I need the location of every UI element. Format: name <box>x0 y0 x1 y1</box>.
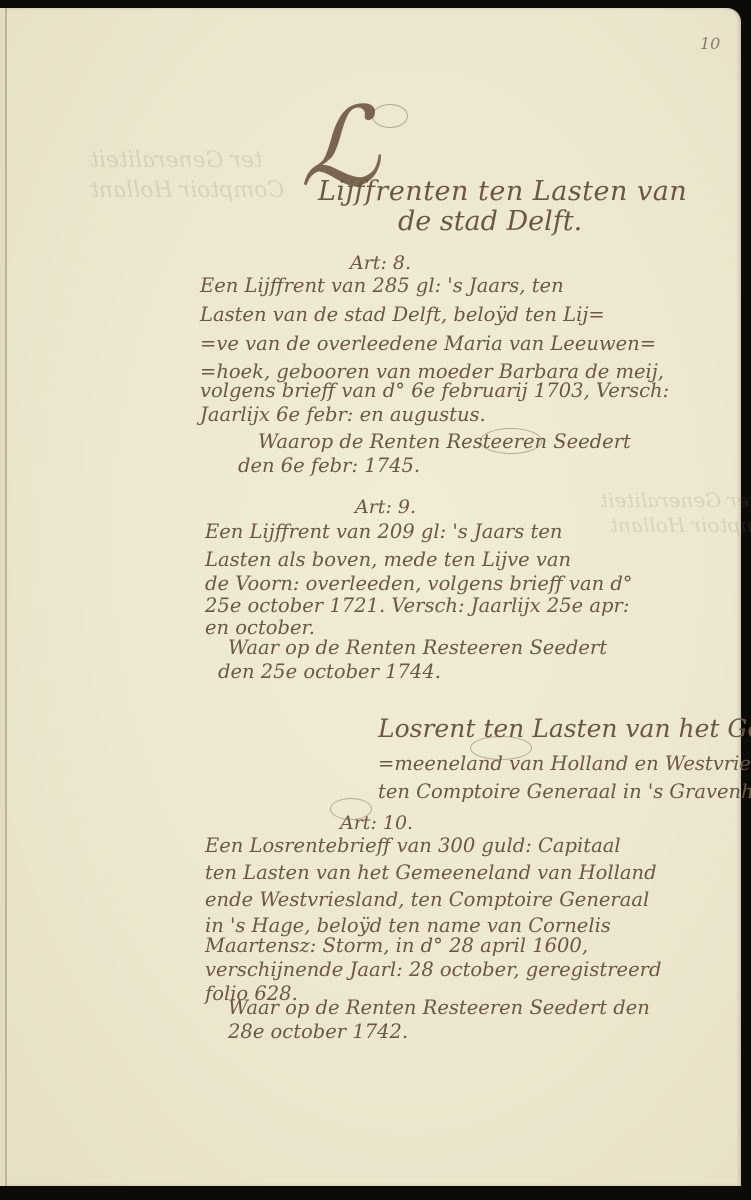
bleed-through-text: Comptoir Hollant <box>90 178 284 203</box>
arrears-note: Waarop de Renten Resteeren Seedert <box>258 430 631 453</box>
folio-number: 10 <box>700 34 720 53</box>
arrears-note: 28e october 1742. <box>228 1020 408 1043</box>
article-text-line: de Voorn: overleeden, volgens brieff van… <box>205 572 633 595</box>
article-text-line: Jaarlijx 6e febr: en augustus. <box>200 403 486 426</box>
section-heading-continued: de stad Delft. <box>398 206 582 237</box>
article-label: Art: 8. <box>350 252 411 274</box>
flourish-ornament <box>480 428 542 454</box>
article-text-line: Een Lijffrent van 285 gl: 's Jaars, ten <box>200 274 564 297</box>
article-text-line: Maartensz: Storm, in d° 28 april 1600, <box>205 934 588 957</box>
article-text-line: ende Westvriesland, ten Comptoire Genera… <box>205 888 649 911</box>
bleed-through-text: ter Generaliteit <box>90 148 263 173</box>
manuscript-page: 10 ter Generaliteit Comptoir Hollant ter… <box>0 8 741 1186</box>
flourish-ornament <box>372 104 408 128</box>
section-heading: Lijffrenten ten Lasten van <box>318 176 687 207</box>
article-text-line: Een Lijffrent van 209 gl: 's Jaars ten <box>205 520 562 543</box>
bleed-through-text: ter Generaliteit <box>600 488 751 512</box>
section-heading-continued: ten Comptoire Generaal in 's Gravenhage. <box>378 780 751 803</box>
article-text-line: Een Losrentebrieff van 300 guld: Capitaa… <box>205 834 621 857</box>
section-heading-continued: =meeneland van Holland en Westvriesland, <box>378 752 751 775</box>
article-label: Art: 9. <box>355 496 416 518</box>
section-heading: Losrent ten Lasten van het Ge= <box>378 714 751 743</box>
arrears-note: den 6e febr: 1745. <box>238 454 420 477</box>
article-text-line: ten Lasten van het Gemeeneland van Holla… <box>205 861 657 884</box>
flourish-ornament <box>470 736 532 760</box>
article-text-line: Lasten als boven, mede ten Lijve van <box>205 548 571 571</box>
bleed-through-text: Comptoir Hollant <box>610 513 751 537</box>
flourish-ornament <box>330 798 372 820</box>
arrears-note: Waar op de Renten Resteeren Seedert den <box>228 996 650 1019</box>
article-text-line: 25e october 1721. Versch: Jaarlijx 25e a… <box>205 594 629 617</box>
binding-line <box>5 8 7 1186</box>
arrears-note: Waar op de Renten Resteeren Seedert <box>228 636 607 659</box>
article-text-line: verschijnende Jaarl: 28 october, geregis… <box>205 958 661 981</box>
article-text-line: Lasten van de stad Delft, beloÿd ten Lij… <box>200 303 605 326</box>
arrears-note: den 25e october 1744. <box>218 660 441 683</box>
article-text-line: volgens brieff van d° 6e februarij 1703,… <box>200 379 669 402</box>
article-text-line: =ve van de overleedene Maria van Leeuwen… <box>200 332 656 355</box>
